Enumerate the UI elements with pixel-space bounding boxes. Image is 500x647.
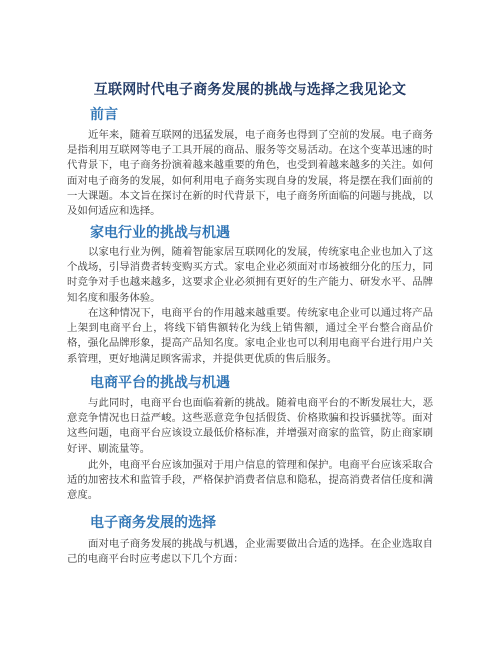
paragraph-platform-2: 此外，电商平台应该加强对于用户信息的管理和保护。电商平台应该采取合适的加密技术和… (67, 458, 433, 504)
section-heading-platform: 电商平台的挑战与机遇 (90, 372, 230, 392)
paragraph-appliance-1: 以家电行业为例，随着智能家居互联网化的发展，传统家电企业也加入了这个战场，引导消… (67, 245, 433, 306)
paragraph-appliance-2: 在这种情况下，电商平台的作用越来越重要。传统家电企业可以通过将产品上架到电商平台… (67, 306, 433, 367)
document-title: 互联网时代电子商务发展的挑战与选择之我见论文 (60, 79, 440, 99)
paragraph-platform-1: 与此同时，电商平台也面临着新的挑战。随着电商平台的不断发展壮大，恶意竞争情况也日… (67, 396, 433, 457)
paragraph-preface: 近年来，随着互联网的迅猛发展，电子商务也得到了空前的发展。电子商务是指利用互联网… (67, 128, 433, 219)
document-page: 互联网时代电子商务发展的挑战与选择之我见论文 前言 近年来，随着互联网的迅猛发展… (0, 0, 500, 647)
section-heading-appliance: 家电行业的挑战与机遇 (90, 222, 230, 242)
section-heading-choice: 电子商务发展的选择 (90, 512, 216, 532)
section-heading-preface: 前言 (90, 104, 118, 124)
paragraph-choice: 面对电子商务发展的挑战与机遇，企业需要做出合适的选择。在企业选取自己的电商平台时… (67, 537, 433, 567)
